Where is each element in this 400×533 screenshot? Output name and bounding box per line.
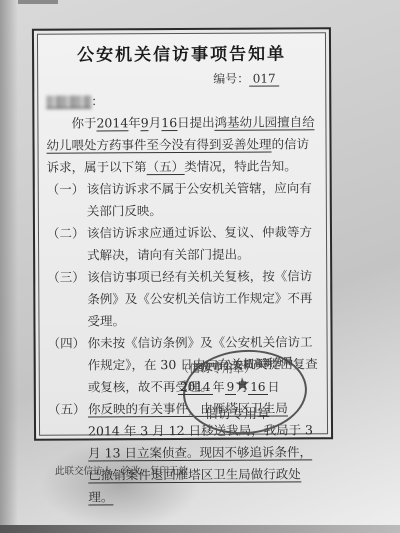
intro-year: 2014: [96, 115, 128, 131]
paper-edge: [18, 0, 58, 4]
photo-bottom-edge: [0, 525, 400, 533]
option-text: 该信访诉求不属于公安机关管辖，应向有关部门反映。: [87, 177, 320, 222]
date-year-suffix: 年: [213, 380, 225, 394]
serial-label: 编号：: [213, 72, 249, 86]
intro-day-suffix: 日提出: [177, 115, 215, 130]
serial-value: 017: [249, 71, 279, 86]
intro-subject-1: 鸿基幼儿园擅自: [215, 114, 303, 130]
option-item-2: （二） 该信访诉求应通过诉讼、复议、仲裁等方式解决，请向有关部门提出。: [47, 221, 320, 266]
redacted-name: [46, 95, 91, 108]
intro-year-suffix: 年: [128, 115, 141, 130]
option-item-3: （三） 该信访事项已经有关机关复核，按《信访条例》及《公安机关信访工作规定》不再…: [47, 265, 320, 332]
photo-shadow: [0, 0, 18, 533]
recipient-line: ：: [46, 92, 103, 109]
intro-category: （五）: [147, 159, 185, 175]
footnote: 此联交信访人，涂改、复印无效: [55, 463, 188, 477]
issue-date: 2014年9月16日: [178, 378, 280, 395]
date-day: 16: [248, 380, 267, 395]
option-label: （一）: [47, 179, 87, 223]
option-label: （二）: [47, 223, 87, 267]
intro-paragraph: 你于2014年9月16日提出鸿基幼儿园擅自给幼儿喂处方药事件至今没有得到妥善处理…: [46, 111, 319, 178]
option-item-1: （一） 该信访诉求不属于公安机关管辖，应向有关部门反映。: [47, 177, 320, 222]
date-day-suffix: 日: [268, 380, 280, 394]
date-year: 2014: [178, 380, 213, 395]
intro-closing: 类情况，特此告知。: [184, 158, 297, 174]
form-title: 公安机关信访事项告知单: [34, 39, 329, 66]
option-text: 该信访事项已经有关机关复核，按《信访条例》及《公安机关信访工作规定》不再受理。: [87, 265, 320, 332]
intro-prefix: 你于: [71, 115, 96, 130]
date-month-suffix: 月: [236, 380, 248, 394]
date-month: 9: [225, 380, 237, 395]
option-text: 该信访诉求应通过诉讼、复议、仲裁等方式解决，请向有关部门提出。: [87, 221, 320, 266]
option-label: （五）: [48, 398, 89, 508]
intro-day: 16: [161, 115, 177, 131]
seal-paren-text: （信访专用章）: [178, 360, 255, 376]
recipient-colon: ：: [91, 94, 103, 108]
intro-month-suffix: 月: [149, 115, 162, 130]
option-label: （四）: [48, 332, 88, 398]
serial-number: 编号：017: [213, 69, 279, 86]
option-label: （三）: [47, 266, 87, 332]
form-body: 你于2014年9月16日提出鸿基幼儿园擅自给幼儿喂处方药事件至今没有得到妥善处理…: [46, 111, 321, 508]
seal-label: 信访专用章: [205, 403, 270, 422]
